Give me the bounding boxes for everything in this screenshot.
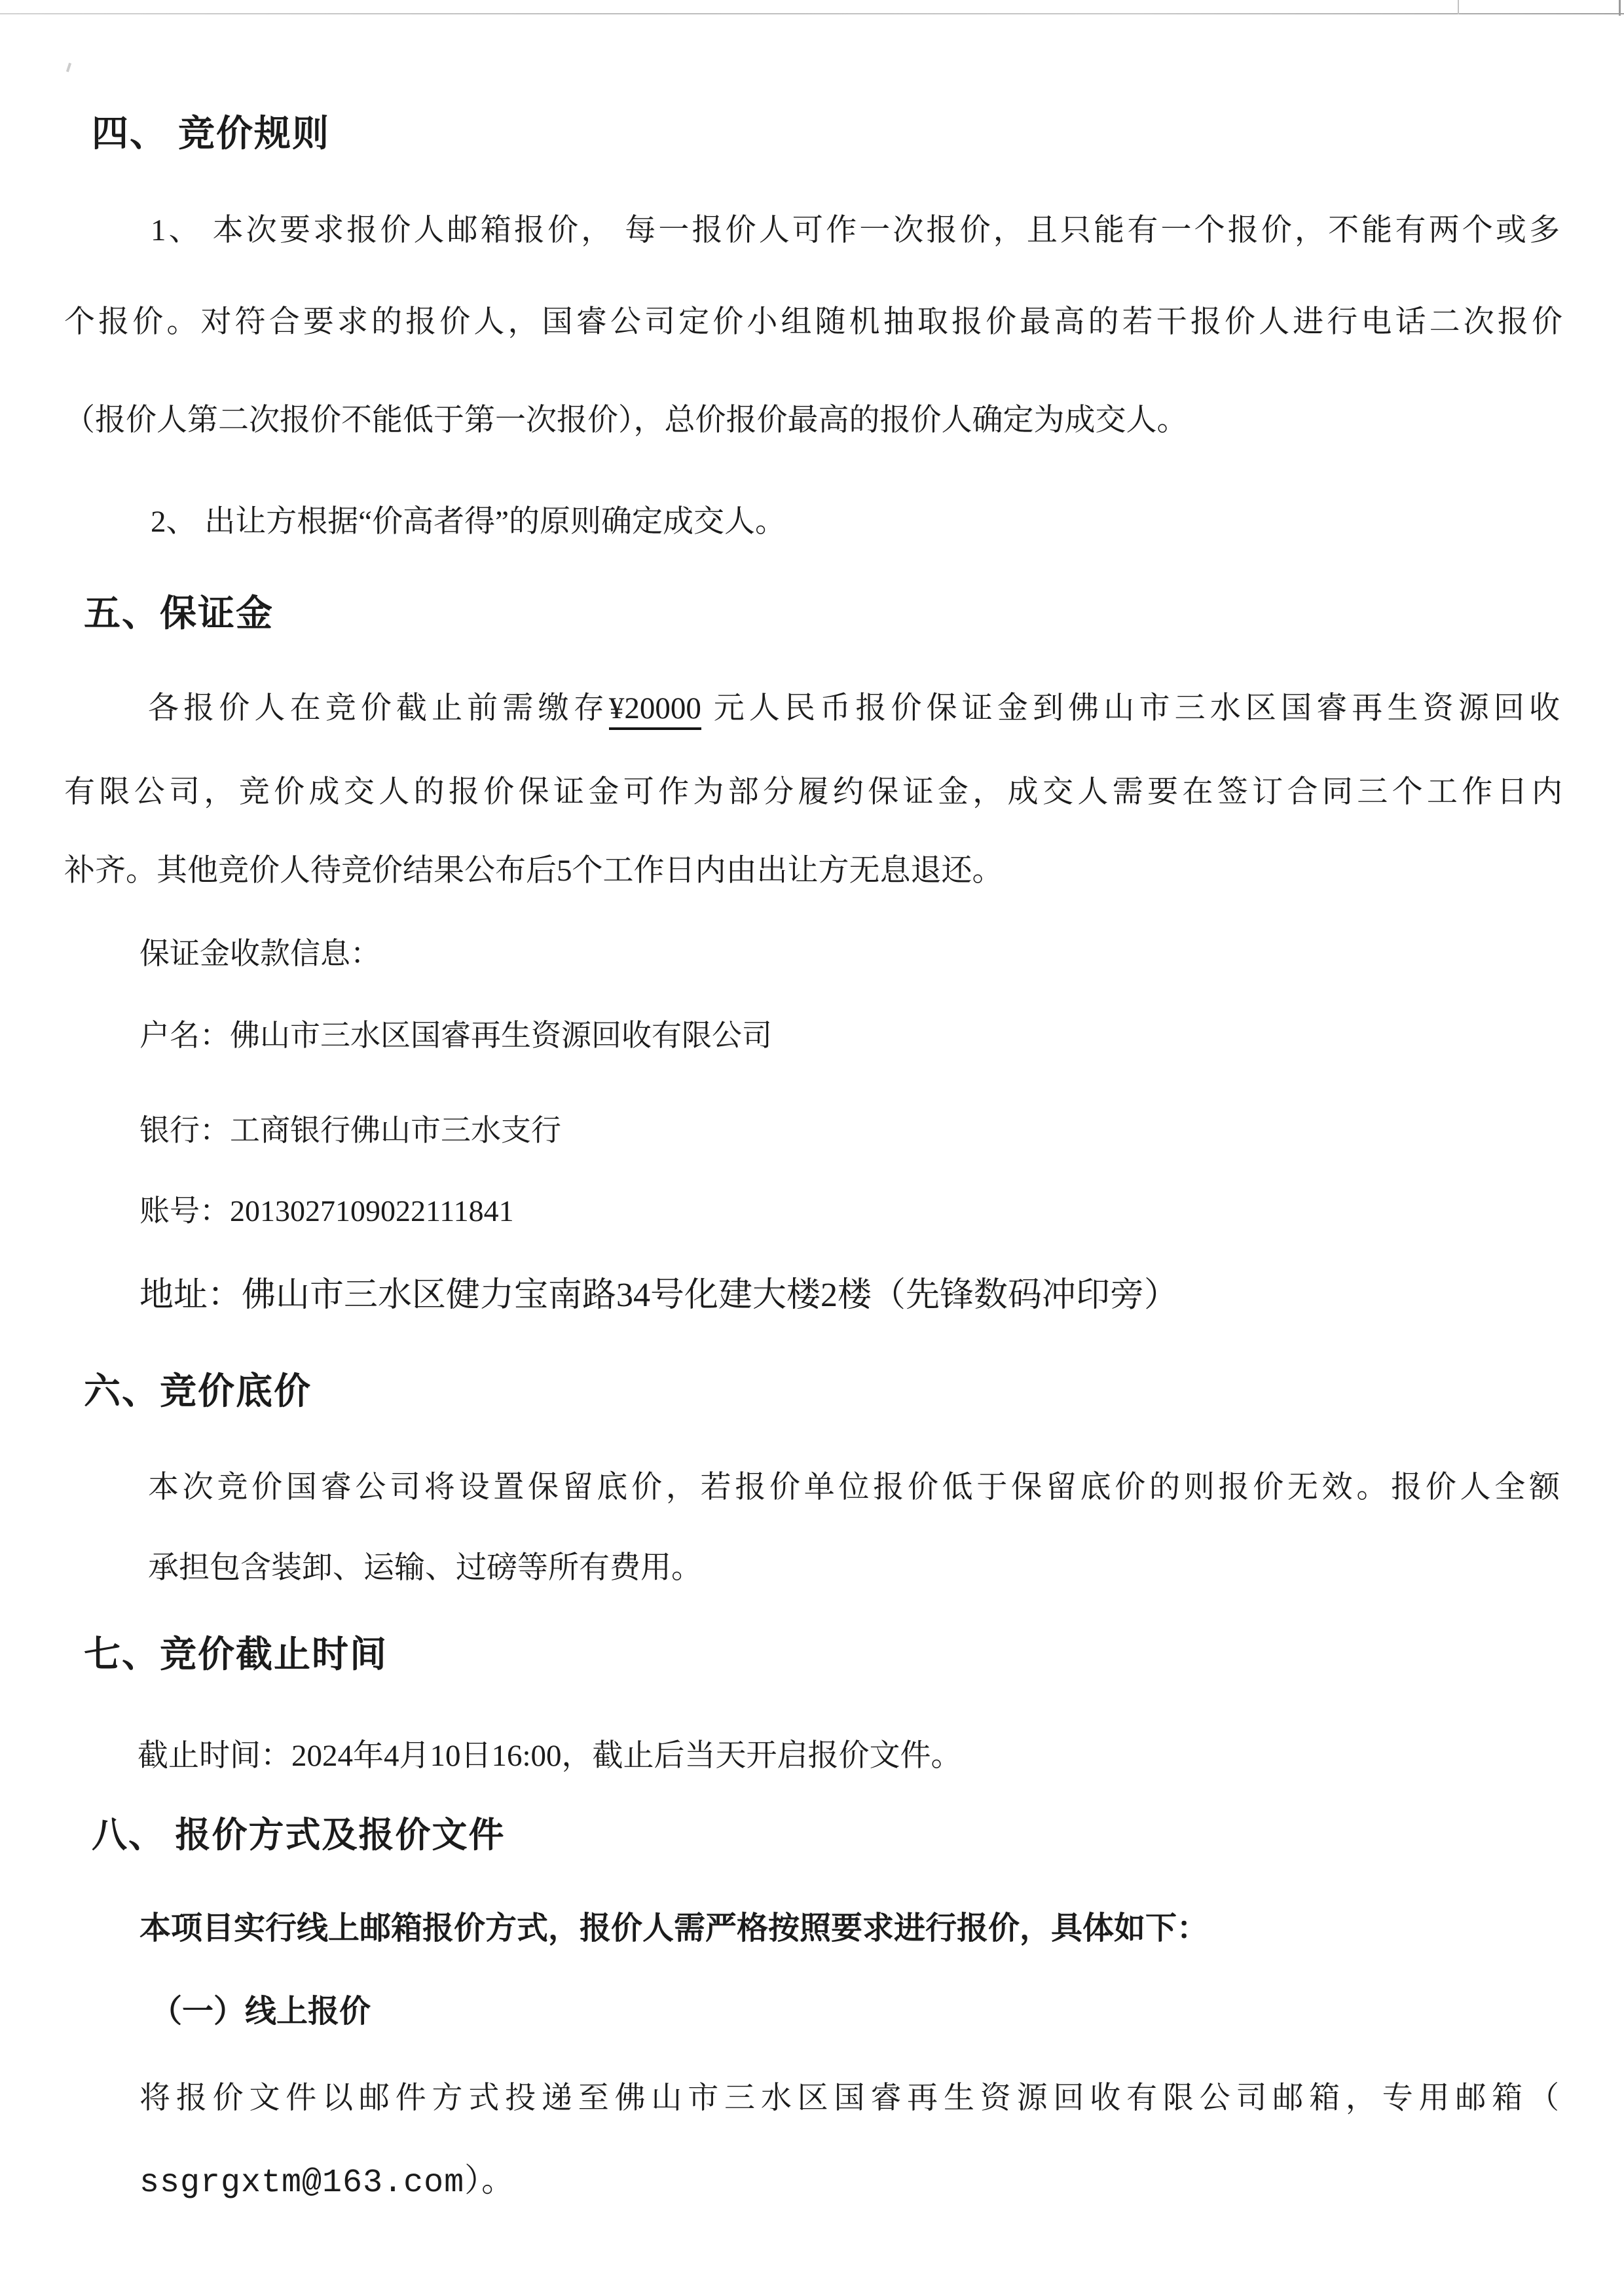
scanned-document-page: 四、 竞价规则 1、 本次要求报价人邮箱报价， 每一报价人可作一次报价，且只能有… — [0, 0, 1624, 2296]
rule-item1-line1: 1、 本次要求报价人邮箱报价， 每一报价人可作一次报价，且只能有一个报价，不能有… — [151, 213, 1560, 249]
online-quote-subheading: （一）线上报价 — [151, 1994, 371, 2031]
floor-price-line1: 本次竞价国睿公司将设置保留底价，若报价单位报价低于保留底价的则报价无效。报价人全… — [148, 1470, 1560, 1506]
deposit-line1-post: 元人民币报价保证金到佛山市三水区国睿再生资源回收 — [701, 691, 1560, 725]
floor-price-line2: 承担包含装卸、运输、过磅等所有费用。 — [148, 1550, 702, 1586]
scan-artifact-speck — [66, 63, 71, 73]
rule-item1-line2: 个报价。对符合要求的报价人，国睿公司定价小组随机抽取报价最高的若干报价人进行电话… — [64, 304, 1562, 340]
deposit-amount: ¥20000 — [609, 691, 701, 730]
quote-method-intro: 本项目实行线上邮箱报价方式，报价人需严格按照要求进行报价，具体如下： — [139, 1910, 1208, 1948]
payee-info-title: 保证金收款信息： — [139, 936, 380, 972]
section7-heading: 七、竞价截止时间 — [84, 1633, 388, 1677]
scan-artifact-top-line — [0, 13, 1624, 14]
deposit-line2: 有限公司，竞价成交人的报价保证金可作为部分履约保证金，成交人需要在签订合同三个工… — [64, 774, 1562, 811]
online-quote-line1: 将报价文件以邮件方式投递至佛山市三水区国睿再生资源回收有限公司邮箱，专用邮箱（ — [139, 2081, 1559, 2117]
payee-account-name: 户名：佛山市三水区国睿再生资源回收有限公司 — [139, 1018, 772, 1053]
payee-account-number: 账号：2013027109022111841 — [139, 1194, 514, 1229]
deposit-line1-pre: 各报价人在竞价截止前需缴存 — [148, 691, 609, 725]
section8-heading: 八、 报价方式及报价文件 — [92, 1815, 506, 1857]
deposit-line3: 补齐。其他竞价人待竞价结果公布后5个工作日内由出让方无息退还。 — [64, 853, 1003, 889]
rule-item2: 2、 出让方根据“价高者得”的原则确定成交人。 — [151, 504, 786, 540]
deposit-line1: 各报价人在竞价截止前需缴存¥20000 元人民币报价保证金到佛山市三水区国睿再生… — [148, 691, 1560, 727]
payee-address: 地址：佛山市三水区健力宝南路34号化建大楼2楼（先锋数码冲印旁） — [139, 1275, 1178, 1315]
section5-heading: 五、保证金 — [84, 592, 274, 636]
section6-heading: 六、竞价底价 — [84, 1370, 312, 1413]
quote-email-address: ssgrgxtm@163.com）。 — [139, 2164, 515, 2202]
section4-heading: 四、 竞价规则 — [92, 113, 330, 156]
scan-artifact-edge-line — [1619, 0, 1621, 16]
scan-artifact-vertical-line — [1458, 0, 1459, 14]
rule-item1-line3: （报价人第二次报价不能低于第一次报价），总价报价最高的报价人确定为成交人。 — [64, 403, 1188, 439]
payee-bank: 银行：工商银行佛山市三水支行 — [139, 1113, 561, 1148]
deadline-line: 截止时间：2024年4月10日16:00，截止后当天开启报价文件。 — [138, 1738, 962, 1774]
